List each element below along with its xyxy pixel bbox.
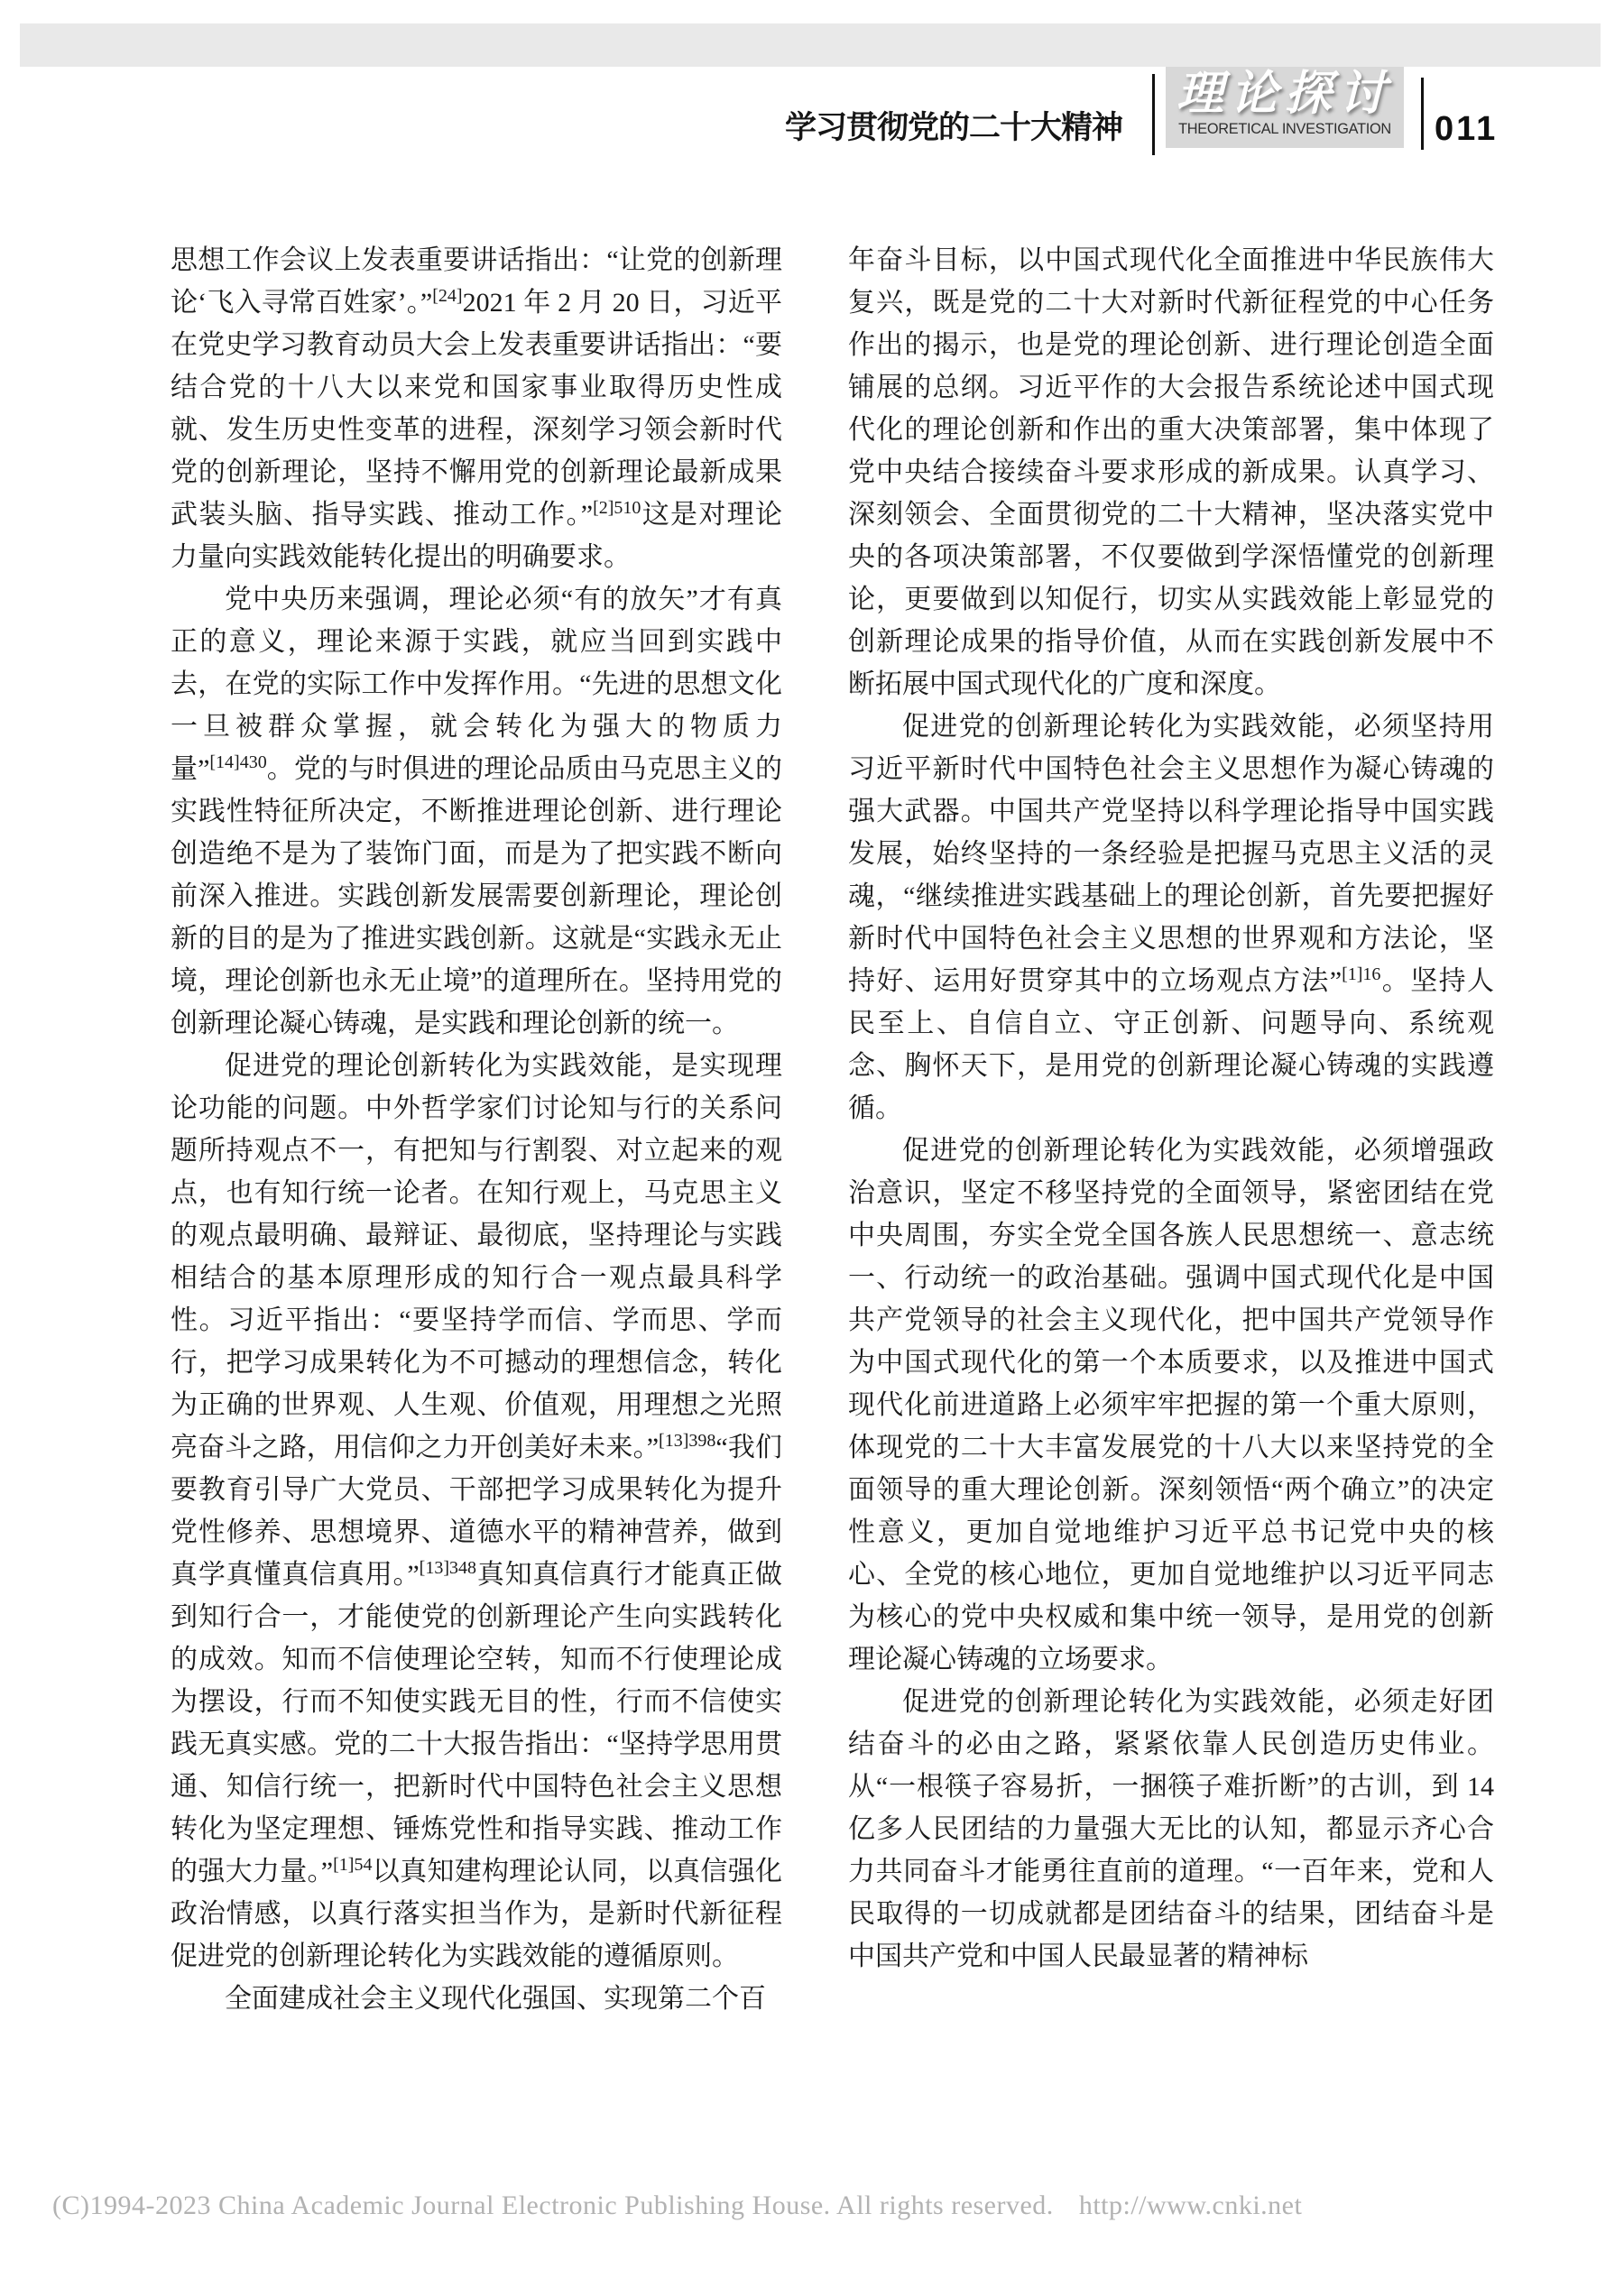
- paragraph: 促进党的创新理论转化为实践效能，必须走好团结奋斗的必由之路，紧紧依靠人民创造历史…: [848, 1681, 1494, 1978]
- paragraph: 思想工作会议上发表重要讲话指出：“让党的创新理论‘飞入寻常百姓家’。”[24]2…: [171, 239, 782, 578]
- top-band: [20, 23, 1601, 67]
- journal-logo-subtitle: THEORETICAL INVESTIGATION: [1170, 121, 1398, 137]
- page-number: 011: [1435, 110, 1498, 149]
- paragraph: 全面建成社会主义现代化强国、实现第二个百: [171, 1978, 782, 2020]
- paragraph-text: 促进党的理论创新转化为实践效能，是实现理论功能的问题。中外哲学家们讨论知与行的关…: [171, 1051, 782, 1462]
- journal-logo-calligraphy: 理论探讨: [1166, 69, 1404, 121]
- journal-page: 学习贯彻党的二十大精神 理论探讨 THEORETICAL INVESTIGATI…: [0, 0, 1624, 2278]
- header-divider-left: [1152, 74, 1155, 155]
- paragraph-text: 全面建成社会主义现代化强国、实现第二个百: [225, 1984, 766, 2014]
- paragraph: 促进党的创新理论转化为实践效能，必须增强政治意识，坚定不移坚持党的全面领导，紧密…: [848, 1130, 1494, 1681]
- paragraph-text: 促进党的创新理论转化为实践效能，必须坚持用习近平新时代中国特色社会主义思想作为凝…: [848, 712, 1494, 996]
- citation-ref: [24]: [432, 286, 462, 306]
- paragraph-text: 促进党的创新理论转化为实践效能，必须走好团结奋斗的必由之路，紧紧依靠人民创造历史…: [848, 1687, 1494, 1971]
- citation-ref: [1]16: [1342, 964, 1380, 984]
- right-column: 年奋斗目标，以中国式现代化全面推进中华民族伟大复兴，既是党的二十大对新时代新征程…: [848, 239, 1494, 1978]
- left-column: 思想工作会议上发表重要讲话指出：“让党的创新理论‘飞入寻常百姓家’。”[24]2…: [171, 239, 782, 2020]
- paragraph-text: 年奋斗目标，以中国式现代化全面推进中华民族伟大复兴，既是党的二十大对新时代新征程…: [848, 245, 1494, 699]
- copyright-text: (C)1994-2023 China Academic Journal Elec…: [52, 2190, 1054, 2220]
- section-title: 学习贯彻党的二十大精神: [785, 105, 1122, 152]
- footer-url: http://www.cnki.net: [1079, 2190, 1303, 2220]
- citation-ref: [13]398: [659, 1431, 715, 1451]
- citation-ref: [13]348: [420, 1558, 476, 1578]
- header-divider-right: [1421, 78, 1424, 150]
- citation-ref: [14]430: [209, 752, 266, 772]
- paragraph-text: 2021 年 2 月 20 日，习近平在党史学习教育动员大会上发表重要讲话指出：…: [171, 288, 782, 530]
- paragraph: 党中央历来强调，理论必须“有的放矢”才有真正的意义，理论来源于实践，就应当回到实…: [171, 578, 782, 1045]
- paragraph-text: 促进党的创新理论转化为实践效能，必须增强政治意识，坚定不移坚持党的全面领导，紧密…: [848, 1136, 1494, 1674]
- paragraph-text: 。党的与时俱进的理论品质由马克思主义的实践性特征所决定，不断推进理论创新、进行理…: [171, 754, 782, 1038]
- footer: (C)1994-2023 China Academic Journal Elec…: [52, 2190, 1302, 2221]
- journal-logo: 理论探讨 THEORETICAL INVESTIGATION: [1166, 67, 1404, 148]
- paragraph: 促进党的理论创新转化为实践效能，是实现理论功能的问题。中外哲学家们讨论知与行的关…: [171, 1045, 782, 1978]
- citation-ref: [2]510: [593, 498, 641, 518]
- paragraph-text: 真知真信真行才能真正做到知行合一，才能使党的创新理论产生向实践转化的成效。知而不…: [171, 1560, 782, 1886]
- citation-ref: [1]54: [333, 1855, 372, 1875]
- paragraph: 年奋斗目标，以中国式现代化全面推进中华民族伟大复兴，既是党的二十大对新时代新征程…: [848, 239, 1494, 706]
- paragraph: 促进党的创新理论转化为实践效能，必须坚持用习近平新时代中国特色社会主义思想作为凝…: [848, 706, 1494, 1130]
